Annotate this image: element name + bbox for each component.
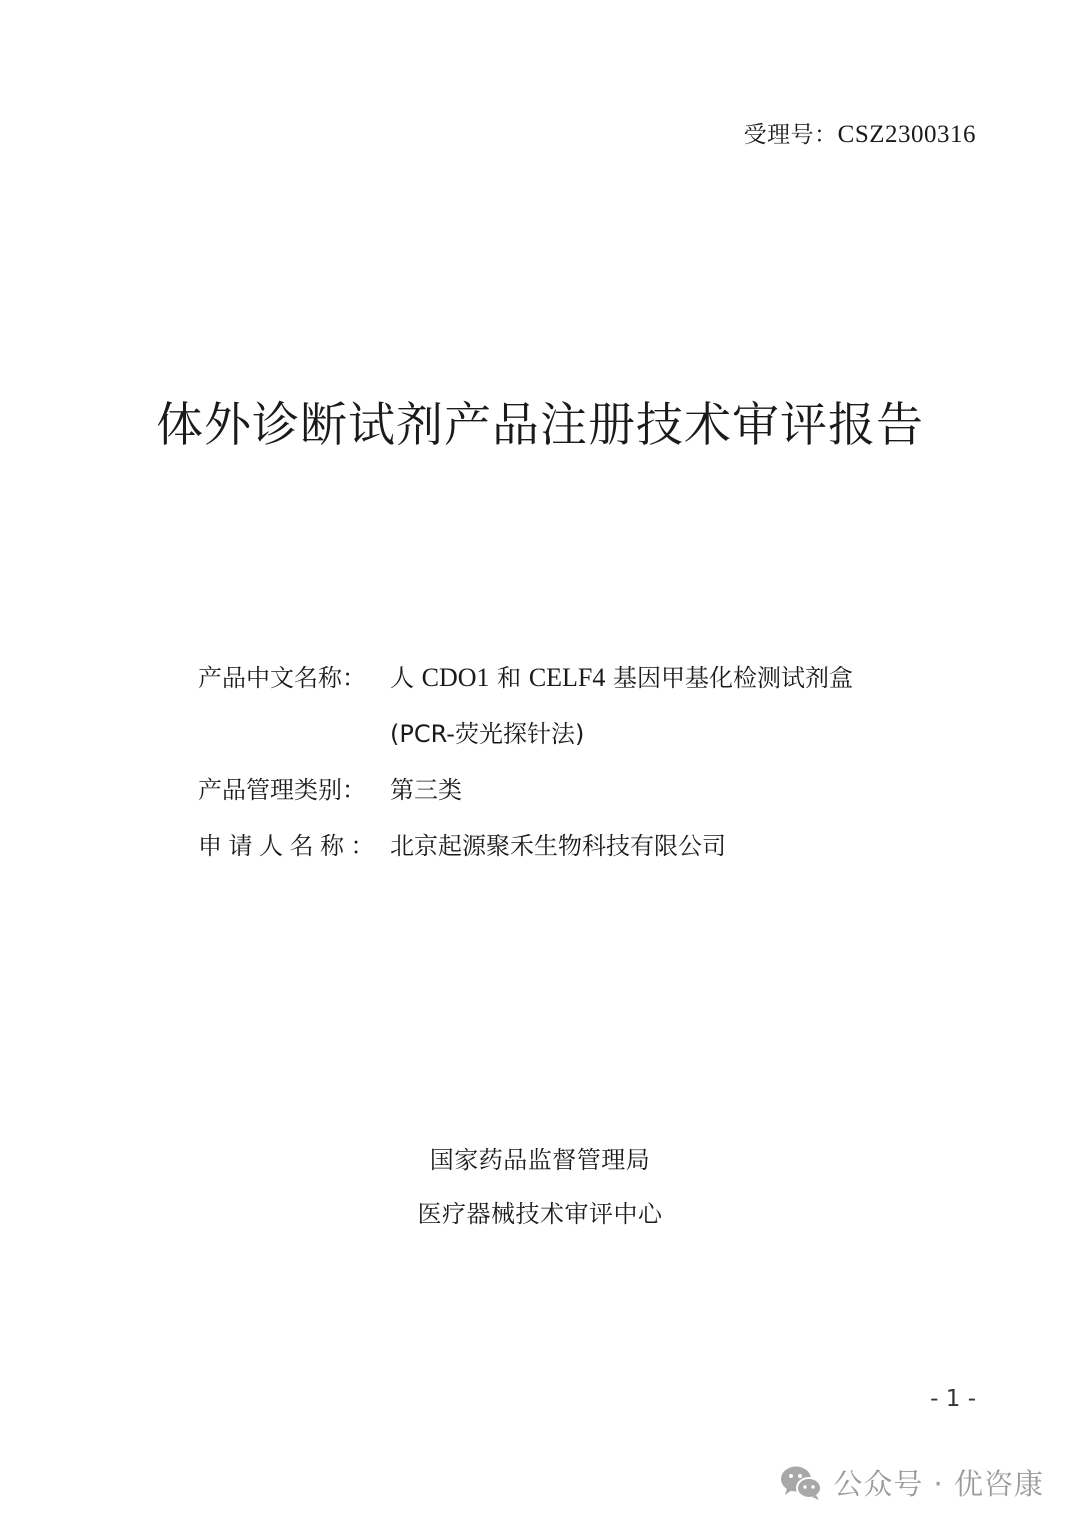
gene-cdo1: CDO1 bbox=[422, 663, 490, 692]
document-page: 受理号：CSZ2300316 体外诊断试剂产品注册技术审评报告 产品中文名称：人… bbox=[0, 0, 1080, 1527]
watermark-text: 公众号 · 优咨康 bbox=[833, 1462, 1044, 1503]
product-name-label: 产品中文名称： bbox=[198, 660, 390, 696]
product-name-value: 人 CDO1 和 CELF4 基因甲基化检测试剂盒 bbox=[390, 664, 853, 692]
issuer-line-2: 医疗器械技术审评中心 bbox=[0, 1196, 1080, 1250]
management-category-row: 产品管理类别：第三类 bbox=[198, 772, 853, 828]
applicant-row: 申请人名称：北京起源聚禾生物科技有限公司 bbox=[198, 828, 853, 884]
management-category-value: 第三类 bbox=[390, 776, 462, 804]
product-name-suffix: 基因甲基化检测试剂盒 bbox=[605, 664, 853, 692]
management-category-label: 产品管理类别： bbox=[198, 772, 390, 808]
acceptance-number-line: 受理号：CSZ2300316 bbox=[744, 116, 976, 149]
wechat-icon bbox=[779, 1465, 823, 1501]
applicant-value: 北京起源聚禾生物科技有限公司 bbox=[390, 832, 726, 860]
product-info-block: 产品中文名称：人 CDO1 和 CELF4 基因甲基化检测试剂盒 (PCR-荧光… bbox=[198, 660, 853, 884]
product-method: (PCR-荧光探针法) bbox=[390, 720, 584, 748]
product-name-prefix: 人 bbox=[390, 664, 422, 692]
gene-celf4: CELF4 bbox=[529, 663, 606, 692]
watermark: 公众号 · 优咨康 bbox=[779, 1462, 1044, 1503]
page-number: - 1 - bbox=[930, 1386, 976, 1412]
issuer-block: 国家药品监督管理局 医疗器械技术审评中心 bbox=[0, 1142, 1080, 1250]
applicant-label: 申请人名称： bbox=[198, 828, 390, 864]
product-name-and: 和 bbox=[490, 664, 529, 692]
document-title: 体外诊断试剂产品注册技术审评报告 bbox=[0, 388, 1080, 455]
product-name-row: 产品中文名称：人 CDO1 和 CELF4 基因甲基化检测试剂盒 bbox=[198, 660, 853, 716]
issuer-line-1: 国家药品监督管理局 bbox=[0, 1142, 1080, 1196]
acceptance-label: 受理号： bbox=[744, 122, 838, 148]
acceptance-number: CSZ2300316 bbox=[838, 121, 976, 148]
product-name-row-continued: (PCR-荧光探针法) bbox=[198, 716, 853, 772]
